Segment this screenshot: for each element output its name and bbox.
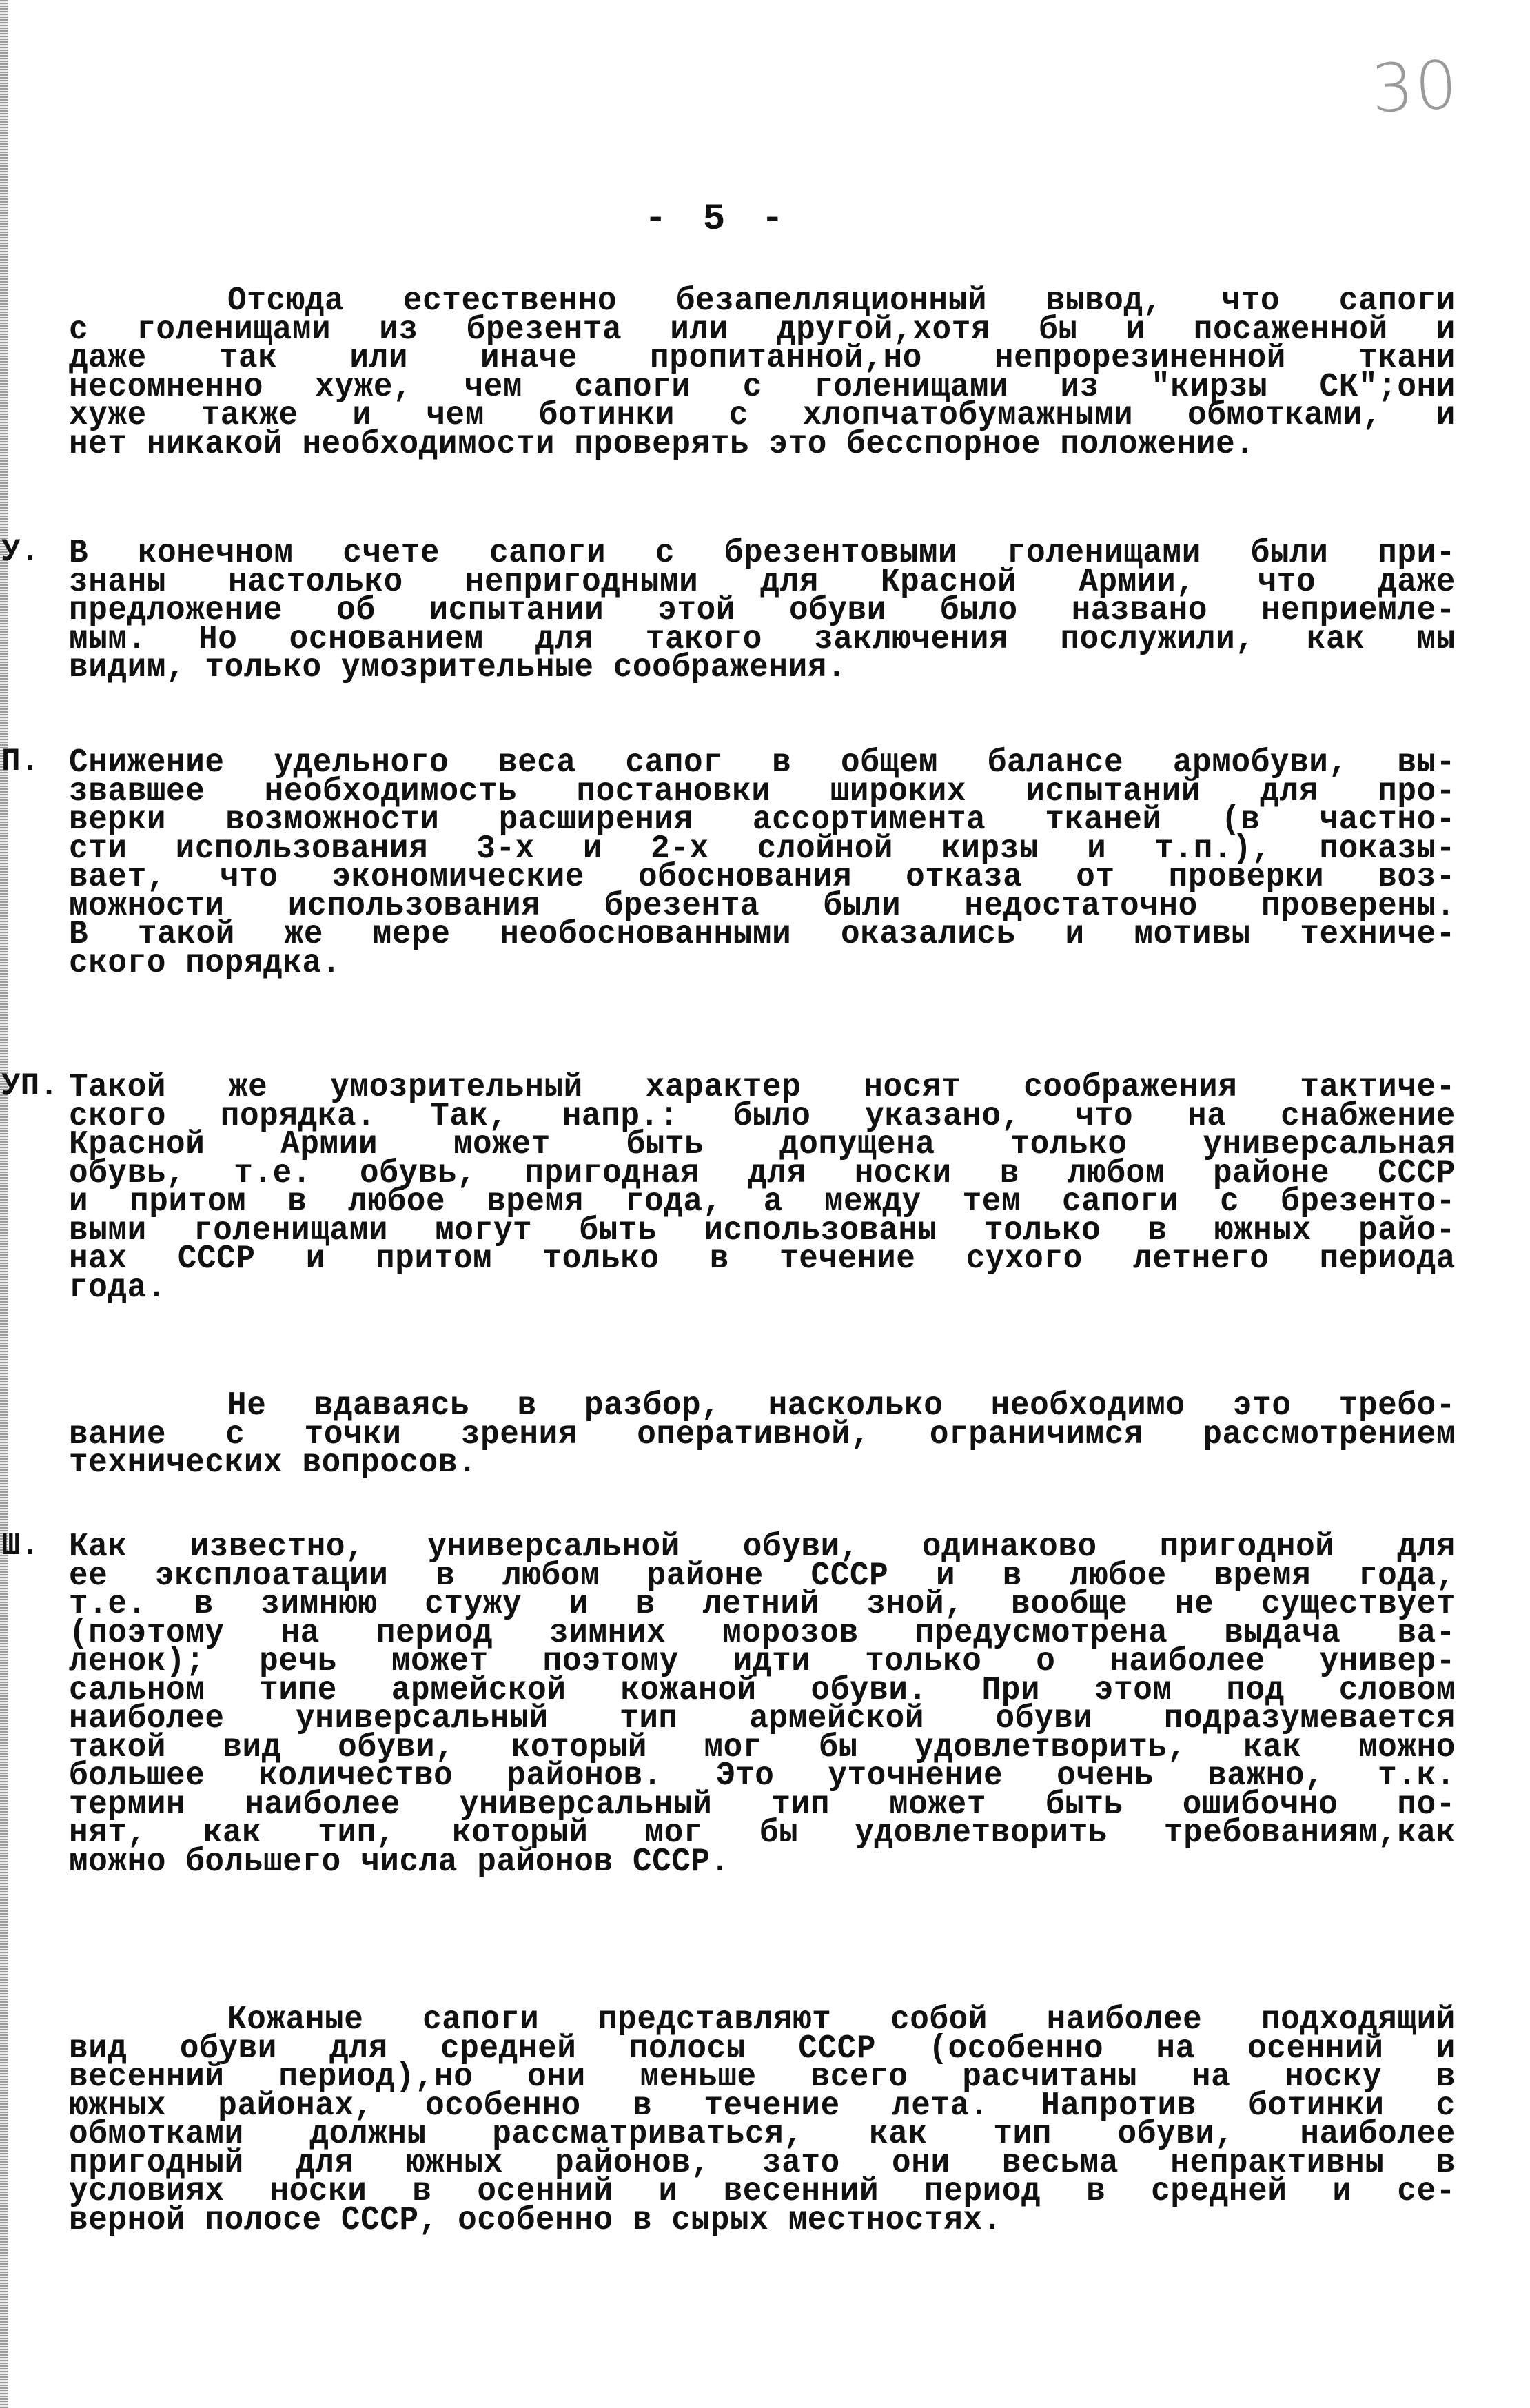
- section-number: П.: [1, 746, 39, 777]
- text-line: нет никакой необходимости проверять это …: [69, 427, 1456, 460]
- text-line: видим, только умозрительные соображения.: [69, 651, 1456, 684]
- text-line: можно большего числа районов СССР.: [69, 1845, 1456, 1878]
- section-number: У.: [1, 536, 39, 568]
- text-line: технических вопросов.: [69, 1446, 1456, 1479]
- text-line: верной полосе СССР, особенно в сырых мес…: [69, 2203, 1456, 2236]
- scan-edge: [0, 0, 8, 2408]
- text-line: ского порядка.: [69, 946, 1456, 979]
- section-number: УП.: [1, 1070, 59, 1102]
- page-number: - 5 -: [644, 198, 790, 241]
- section-number: Ш.: [1, 1530, 39, 1562]
- archive-page-number: 30: [1369, 46, 1460, 127]
- text-line: года.: [69, 1271, 1456, 1304]
